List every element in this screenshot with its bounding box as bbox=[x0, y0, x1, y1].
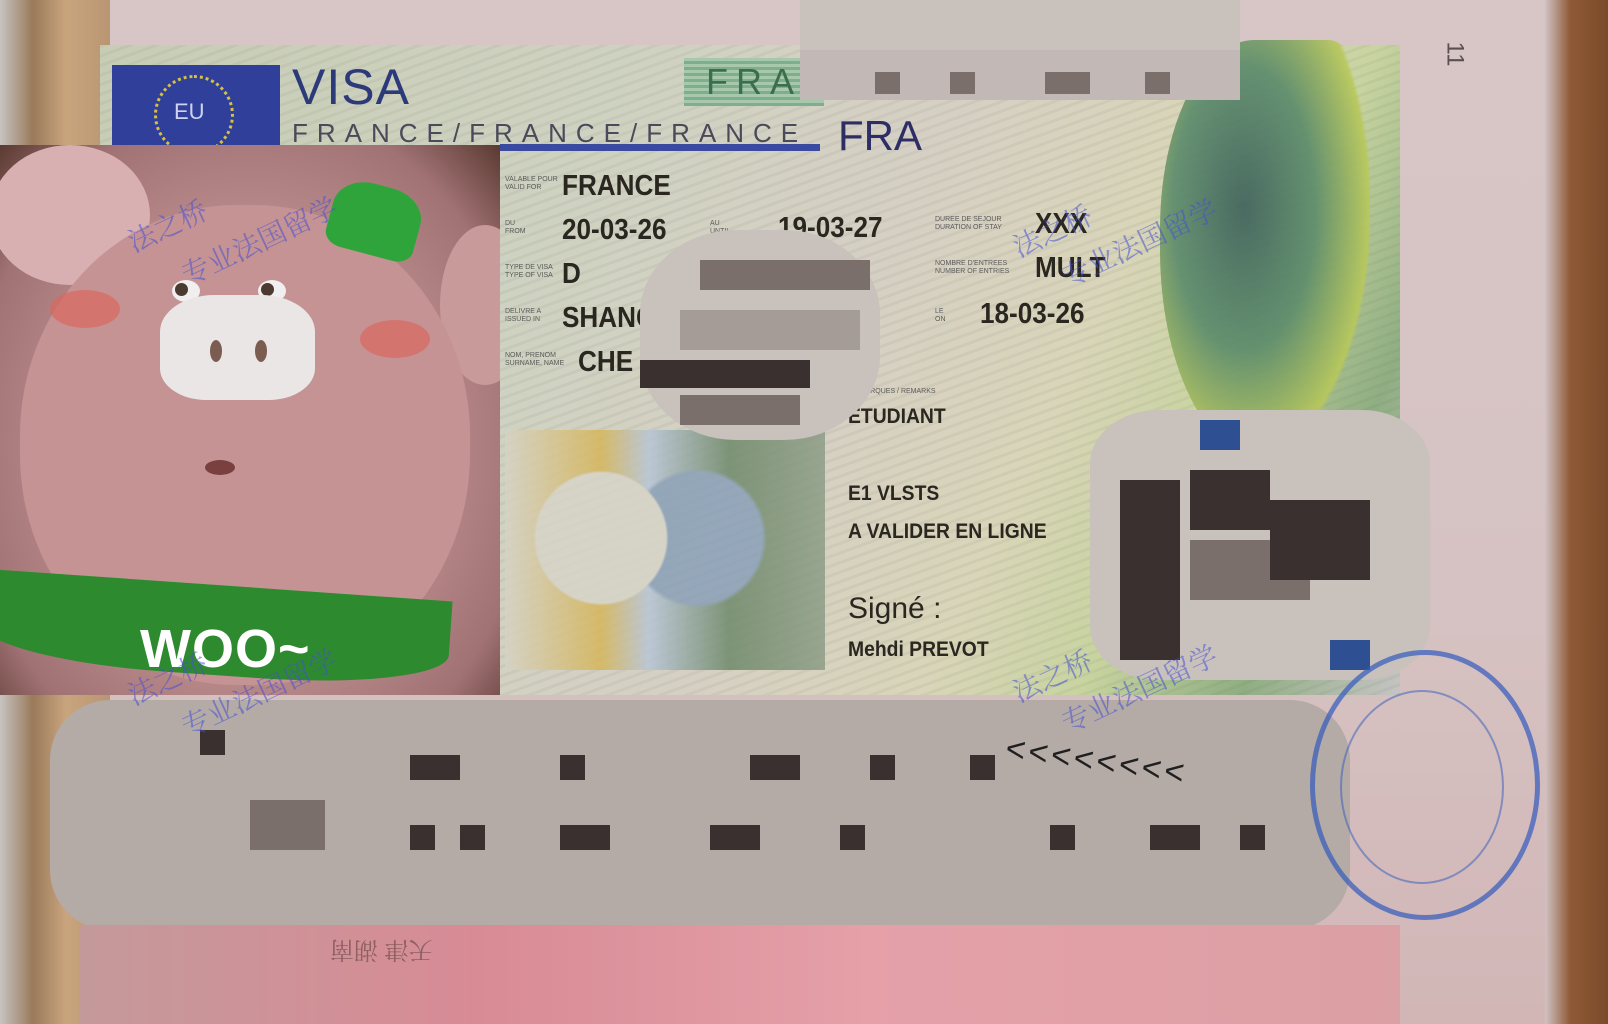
remarks-line-2: A VALIDER EN LIGNE bbox=[848, 520, 1047, 544]
label-valid-for: VALABLE POURVALID FOR bbox=[505, 176, 558, 192]
redacted-top bbox=[800, 0, 1240, 100]
banknote-underneath bbox=[80, 925, 1400, 1024]
visa-title: VISA bbox=[292, 58, 410, 116]
passport-right-edge bbox=[1545, 0, 1608, 1024]
redacted-photo-area bbox=[640, 230, 880, 440]
field-name: CHE bbox=[578, 346, 633, 379]
label-on: LEON bbox=[935, 308, 946, 324]
field-visa-type: D bbox=[562, 258, 581, 291]
signed-label: Signé : bbox=[848, 592, 941, 626]
microprint-line bbox=[500, 144, 820, 151]
redacted-mrz bbox=[50, 700, 1350, 930]
issuing-country-code: FRA bbox=[838, 112, 922, 160]
label-issued-in: DELIVRE AISSUED IN bbox=[505, 308, 541, 324]
pig-mouth bbox=[205, 460, 235, 475]
eu-flag-icon: EU bbox=[112, 65, 280, 150]
pig-blush-right bbox=[360, 320, 430, 358]
eu-hologram bbox=[505, 430, 825, 670]
remarks-line-1: E1 VLSTS bbox=[848, 482, 939, 506]
banknote-text: 天津 湖南 bbox=[330, 935, 433, 970]
entry-stamp-inner-ring bbox=[1340, 690, 1504, 884]
label-name: NOM, PRENOMSURNAME, NAME bbox=[505, 352, 564, 368]
security-pattern bbox=[1160, 40, 1370, 460]
label-from: DUFROM bbox=[505, 220, 526, 236]
eu-emblem-text: EU bbox=[174, 99, 205, 125]
redacted-right-photo bbox=[1090, 410, 1430, 680]
pig-nostril-right bbox=[255, 340, 267, 362]
pig-nostril-left bbox=[210, 340, 222, 362]
field-valid-for: FRANCE bbox=[562, 170, 671, 203]
pig-snout bbox=[160, 295, 315, 400]
label-entries: NOMBRE D'ENTREESNUMBER OF ENTRIES bbox=[935, 260, 1009, 276]
field-issue-date: 18-03-26 bbox=[980, 298, 1084, 331]
page-number: 11 bbox=[1440, 42, 1468, 67]
label-type: TYPE DE VISATYPE OF VISA bbox=[505, 264, 553, 280]
pig-blush-left bbox=[50, 290, 120, 328]
signer-name: Mehdi PREVOT bbox=[848, 638, 989, 662]
label-duration: DUREE DE SEJOURDURATION OF STAY bbox=[935, 216, 1002, 232]
